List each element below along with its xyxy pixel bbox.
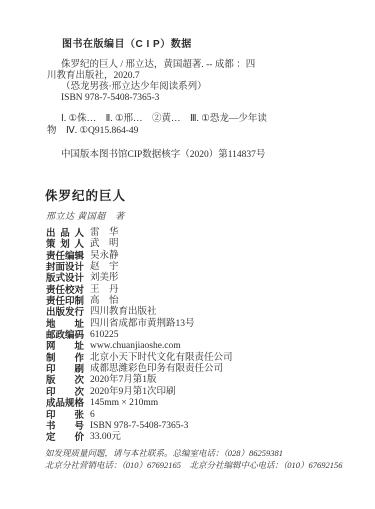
contact-note: 如发现质量问题，请与本社联系。总编室电话：（028）86259381 北京分社营… [45,447,343,472]
row-label: 责任校对 [46,285,84,296]
colophon-row-printing: 印刷成都思潍彩色印务有限责任公司 [46,364,233,375]
colophon-row-proofreader: 责任校对王 丹 [46,285,233,296]
row-value: 33.00元 [90,432,121,442]
row-label: 出品人 [46,228,84,239]
row-value: 赵 宇 [90,262,119,272]
colophon-row-format: 成品规格145mm × 210mm [46,398,233,409]
colophon-row-publisher: 出版发行四川教育出版社 [46,307,233,318]
row-label: 成品规格 [46,398,84,409]
authors-line: 邢立达 黄国超 著 [46,209,125,222]
colophon-row-price: 定价33.00元 [46,432,233,443]
row-value: 四川教育出版社 [90,307,157,317]
row-label: 责任编辑 [46,251,84,262]
colophon-row-production: 制作北京小天下时代文化有限责任公司 [46,353,233,364]
row-value: 2020年9月第1次印刷 [90,387,176,397]
colophon-row-postcode: 邮政编码610225 [46,330,233,341]
cip-header: 图书在版编目（C I P）数据 [62,35,192,50]
row-value: 高 怡 [90,296,119,306]
cip-description: 侏罗纪的巨人 / 邢立达，黄国超著. -- 成都 ：四 川教育出版社，2020.… [47,60,359,104]
row-value: 刘美彤 [90,273,119,283]
colophon-row-edition: 版次2020年7月第1版 [46,375,233,386]
contact-note-line: 如发现质量问题，请与本社联系。总编室电话：（028）86259381 [45,447,343,459]
row-label: 书号 [46,421,84,432]
row-label: 网址 [46,341,84,352]
cip-series-note: （恐龙男孩·邢立达少年阅读系列） [47,82,359,93]
row-label: 印张 [46,410,84,421]
cip-classification-line: Ⅰ. ①侏… Ⅱ. ①邢… ②黄… Ⅲ. ①恐龙—少年读 [47,114,359,126]
row-value: 王 丹 [90,285,119,295]
colophon-row-website: 网址www.chuanjiaoshe.com [46,341,233,352]
row-value: 成都思潍彩色印务有限责任公司 [90,364,223,374]
row-label: 定价 [46,432,84,443]
row-value: 145mm × 210mm [90,398,158,408]
row-label: 印刷 [46,364,84,375]
colophon-row-layout-design: 版式设计刘美彤 [46,273,233,284]
row-label: 版次 [46,375,84,386]
colophon-row-cover-design: 封面设计赵 宇 [46,262,233,273]
row-value: 6 [90,410,95,420]
cip-record-number: 中国版本图书馆CIP数据核字（2020）第114837号 [47,146,265,160]
colophon-list: 出品人雷 华 策划人武 明 责任编辑吴永静 封面设计赵 宇 版式设计刘美彤 责任… [46,228,233,444]
row-value: ISBN 978-7-5408-7365-3 [90,421,188,431]
cip-description-line: 侏罗纪的巨人 / 邢立达，黄国超著. -- 成都 ：四 [47,60,359,71]
row-value: 吴永静 [90,251,119,261]
row-label: 地址 [46,319,84,330]
cip-classification-line: 物 Ⅳ. ①Q915.864-49 [47,126,359,138]
row-label: 制作 [46,353,84,364]
colophon-row-print-supervisor: 责任印制高 怡 [46,296,233,307]
cip-description-line: 川教育出版社，2020.7 [47,71,359,82]
row-value: 北京小天下时代文化有限责任公司 [90,353,233,363]
row-value: 雷 华 [90,228,119,238]
row-value: 四川省成都市黄荆路13号 [90,319,195,329]
row-label: 邮政编码 [46,330,84,341]
book-title: 侏罗纪的巨人 [45,186,126,204]
row-label: 责任印制 [46,296,84,307]
colophon-row-isbn: 书号ISBN 978-7-5408-7365-3 [46,421,233,432]
row-value: 武 明 [90,239,119,249]
row-label: 出版发行 [46,307,84,318]
row-value: 610225 [90,330,119,340]
cip-classification: Ⅰ. ①侏… Ⅱ. ①邢… ②黄… Ⅲ. ①恐龙—少年读 物 Ⅳ. ①Q915.… [47,114,359,137]
colophon-row-producer: 出品人雷 华 [46,228,233,239]
row-label: 策划人 [46,239,84,250]
contact-note-line: 北京分社营销电话：（010）67692165 北京分社编辑中心电话：（010）6… [45,459,343,471]
colophon-row-editor: 责任编辑吴永静 [46,251,233,262]
cip-isbn-line: ISBN 978-7-5408-7365-3 [47,93,359,104]
row-value: 2020年7月第1版 [90,375,157,385]
row-label: 版式设计 [46,273,84,284]
row-label: 封面设计 [46,262,84,273]
colophon-row-address: 地址四川省成都市黄荆路13号 [46,319,233,330]
colophon-row-planner: 策划人武 明 [46,239,233,250]
colophon-row-sheets: 印张6 [46,410,233,421]
book-copyright-page: 图书在版编目（C I P）数据 侏罗纪的巨人 / 邢立达，黄国超著. -- 成都… [0,0,375,509]
row-value: www.chuanjiaoshe.com [90,341,181,351]
row-label: 印次 [46,387,84,398]
colophon-row-impression: 印次2020年9月第1次印刷 [46,387,233,398]
